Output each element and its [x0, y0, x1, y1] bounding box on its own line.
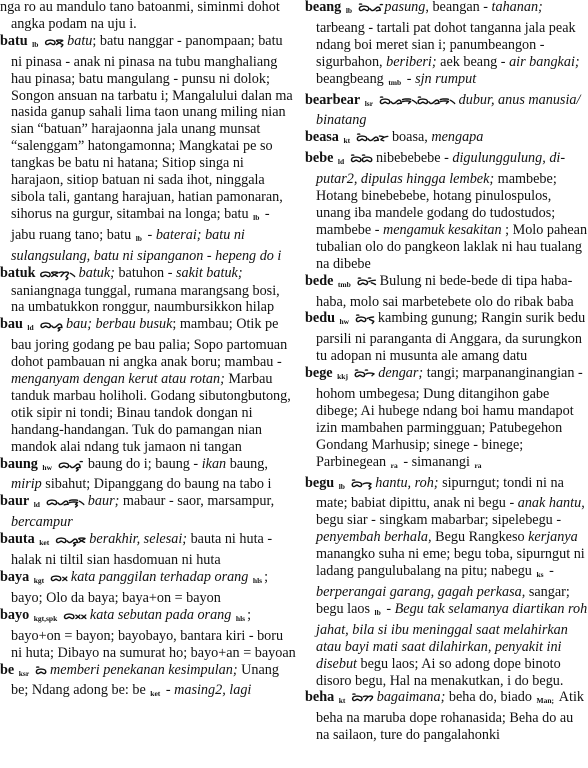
dictionary-entry: beang lbᯅᯩᯀᯰpasung, beangan - tahanan; t… [305, 0, 588, 92]
definition-italic: sakit batuk; [176, 265, 243, 281]
entry-headword: begu [305, 475, 334, 491]
entry-headword: bau [0, 316, 23, 332]
batak-script-glyph: ᯅᯩᯀᯒ᯲ᯅᯩᯀᯒ᯲ [379, 94, 455, 107]
entry-headword: batu [0, 33, 28, 49]
definition-text: nibebebebe - [376, 150, 452, 166]
entry-headword: bauta [0, 531, 35, 547]
definition-italic: penyembah berhala, [316, 529, 432, 545]
batak-script-glyph: ᯅᯩᯑᯩ [357, 275, 376, 288]
entry-headword: baur [0, 493, 29, 509]
entry-headword: bedu [305, 310, 335, 326]
dictionary-entry: batu lbᯅᯖᯮbatu; batu nanggar - panompaan… [0, 33, 296, 265]
inline-label: hls [236, 614, 245, 623]
entry-region-label: ld [34, 500, 40, 509]
entry-headword: baya [0, 569, 29, 585]
entry-headword: bebe [305, 150, 333, 166]
batak-script-glyph: ᯅᯩ [35, 664, 46, 677]
left-column: nga ro au mandulo tano batoanmi, siminmi… [0, 0, 296, 703]
batak-script-glyph: ᯅᯬ [50, 571, 67, 584]
definition-text: beangbeang [316, 71, 387, 87]
right-column: beang lbᯅᯩᯀᯰpasung, beangan - tahanan; t… [305, 0, 588, 744]
definition-italic: hepeng do i [215, 248, 281, 264]
entry-region-label: lb [32, 40, 38, 49]
definition-italic: bau; berbau busuk [66, 316, 172, 332]
entry-region-label: ld [27, 323, 33, 332]
definition-italic: batuk; [79, 265, 115, 281]
entry-region-label: kgt,spk [34, 614, 58, 623]
batak-script-glyph: ᯅᯀᯮᯒ᯲ [46, 495, 84, 508]
definition-text: , beangan - [425, 0, 491, 15]
dictionary-entry: bearbear lsrᯅᯩᯀᯒ᯲ᯅᯩᯀᯒ᯲dubur, anus manusi… [305, 92, 588, 130]
entry-region-label: hw [340, 317, 350, 326]
dictionary-entry: nga ro au mandulo tano batoanmi, siminmi… [0, 0, 296, 33]
entry-headword: be [0, 662, 14, 678]
definition-text: Begu Rangkeso [432, 529, 529, 545]
inline-label: tmb [388, 78, 401, 87]
entry-headword: batuk [0, 265, 36, 281]
dictionary-entry: bede tmbᯅᯩᯑᯩBulung ni bede-bede di tipa … [305, 273, 588, 311]
dictionary-entry: bedu hwᯅᯩᯑᯮkambing gunung; Rangin surik … [305, 310, 588, 365]
batak-script-glyph: ᯅᯖᯮ [44, 35, 63, 48]
definition-text: saniangnaga tunggal, rumana marangsang b… [11, 283, 280, 316]
definition-text: - [203, 248, 215, 264]
definition-italic: memberi penekanan kesimpulan; [50, 662, 238, 678]
entry-region-label: lsr [365, 99, 373, 108]
definition-italic: pasung [384, 0, 425, 15]
batak-script-glyph: ᯅᯀᯮᯖ [55, 533, 85, 546]
dictionary-entry: bebe ldᯅᯩᯅᯩnibebebebe - digulunggulung, … [305, 150, 588, 272]
dictionary-entry: beasa ktᯅᯩᯀᯘboasa, mengapa [305, 129, 588, 150]
definition-text: manangko suha ni eme; begu toba, sipurng… [316, 546, 585, 579]
entry-headword: beasa [305, 129, 339, 145]
dictionary-entry: batukᯅᯖᯮᯂ᯲batuk; batuhon - sakit batuk; … [0, 265, 296, 317]
definition-italic: mengapa [431, 129, 483, 145]
entry-region-label: ksr [19, 669, 29, 678]
definition-text: batuhon - [115, 265, 176, 281]
batak-script-glyph: ᯅᯩᯀᯰ [358, 1, 380, 14]
definition-text: - [383, 601, 395, 617]
inline-label: ra [391, 461, 398, 470]
entry-region-label: kkj [337, 372, 348, 381]
definition-text: - [162, 682, 174, 698]
dictionary-entry: begu lbᯅᯩᯎᯮhantu, roh; sipurngut; tondi … [305, 475, 588, 690]
definition-text: Bulung ni bede-bede di tipa haba-haba, m… [316, 273, 574, 310]
definition-text: ; batu nanggar - panompaan; batu ni pina… [11, 33, 293, 222]
inline-label: lb [253, 213, 259, 222]
definition-text: sibahut; Dipanggang do baung na tabo i [42, 476, 272, 492]
batak-script-glyph: ᯅᯩᯂ [351, 691, 372, 704]
batak-script-glyph: ᯅᯖᯮᯂ᯲ [40, 267, 75, 280]
inline-label: ks [536, 570, 543, 579]
entry-headword: beha [305, 689, 334, 705]
entry-region-label: ket [39, 538, 49, 547]
batak-script-glyph: ᯅᯩᯀᯘ [356, 131, 388, 144]
dictionary-entry: baung hwᯅᯀᯮᯰ baung do i; baung - ikan ba… [0, 456, 296, 494]
definition-text: mabaur - saor, marsampur, [119, 493, 274, 509]
definition-italic: kata sebutan pada orang [90, 607, 235, 623]
dictionary-entry: baya kgtᯅᯬkata panggilan terhadap orang … [0, 569, 296, 607]
entry-region-label: kt [339, 696, 346, 705]
definition-italic: hantu, roh; [375, 475, 438, 491]
definition-italic: mengamuk kesakitan [383, 222, 502, 238]
entry-headword: bearbear [305, 92, 360, 108]
entry-region-label: kt [343, 136, 350, 145]
definition-italic: mirip [11, 476, 42, 492]
batak-script-glyph: ᯅᯩᯎᯩ [354, 367, 374, 380]
definition-text: baung, [226, 456, 268, 472]
definition-text: beha do, biado [445, 689, 535, 705]
definition-italic: batu [67, 33, 92, 49]
entry-headword: beang [305, 0, 341, 15]
definition-italic: air bangkai; [509, 54, 580, 70]
dictionary-entry: bauta ketᯅᯀᯮᯖberakhir, selesai; bauta ni… [0, 531, 296, 569]
entry-headword: bayo [0, 607, 29, 623]
inline-label: lb [136, 234, 142, 243]
entry-headword: bede [305, 273, 333, 289]
dictionary-entry: beha ktᯅᯩᯂbagaimana; beha do, biado Man;… [305, 689, 588, 744]
definition-text: aek beang - [437, 54, 509, 70]
dictionary-entry: bayo kgt,spkᯅᯬᯬkata sebutan pada orang h… [0, 607, 296, 662]
definition-italic: berperangai garang, gagah perkasa, [316, 584, 525, 600]
inline-label: hls [253, 576, 262, 585]
batak-script-glyph: ᯅᯩᯅᯩ [350, 152, 372, 165]
definition-italic: ikan [202, 456, 226, 472]
batak-script-glyph: ᯅᯀᯮ [40, 318, 62, 331]
definition-italic: bercampur [11, 514, 73, 530]
definition-italic: anak hantu [518, 495, 581, 511]
definition-italic: baur; [88, 493, 120, 509]
definition-text: - simanangi [400, 454, 474, 470]
entry-region-label: ld [338, 157, 344, 166]
entry-region-label: hw [42, 463, 52, 472]
definition-italic: menganyam dengan kerut atau rotan; [11, 371, 225, 387]
dictionary-entry: be ksrᯅᯩmemberi penekanan kesimpulan; Un… [0, 662, 296, 704]
dictionary-entry: bau ldᯅᯀᯮbau; berbau busuk; mambau; Otik… [0, 316, 296, 455]
definition-text: - [403, 71, 415, 87]
definition-italic: dengar; [378, 365, 423, 381]
inline-label: lb [375, 608, 381, 617]
entry-region-label: lb [346, 6, 352, 15]
definition-text: baung do i; baung - [84, 456, 201, 472]
definition-text: boasa, [392, 129, 431, 145]
inline-label: ra [474, 461, 481, 470]
definition-italic: berakhir, selesai; [89, 531, 187, 547]
dictionary-entry: bege kkjᯅᯩᯎᯩdengar; tangi; marpananginan… [305, 365, 588, 474]
definition-italic: beriberi; [386, 54, 436, 70]
definition-italic: tahanan; [492, 0, 543, 15]
definition-text: - [144, 227, 156, 243]
batak-script-glyph: ᯅᯩᯎᯮ [351, 477, 371, 490]
entry-region-label: tmb [338, 280, 351, 289]
definition-italic: kerjanya [528, 529, 578, 545]
entry-region-label: kgt [34, 576, 44, 585]
definition-text: - [546, 563, 554, 579]
inline-label: Man; [537, 696, 555, 705]
dictionary-entry: baur ldᯅᯀᯮᯒ᯲baur; mabaur - saor, marsamp… [0, 493, 296, 531]
entry-headword: baung [0, 456, 38, 472]
definition-italic: kata panggilan terhadap orang [71, 569, 252, 585]
definition-italic: bagaimana; [377, 689, 446, 705]
definition-italic: masing2, lagi [174, 682, 251, 698]
batak-script-glyph: ᯅᯬᯬ [63, 609, 86, 622]
entry-region-label: lb [339, 482, 345, 491]
definition-text: nga ro au mandulo tano batoanmi, siminmi… [0, 0, 280, 32]
definition-italic: sjn rumput [415, 71, 476, 87]
entry-headword: bege [305, 365, 333, 381]
batak-script-glyph: ᯅᯀᯮᯰ [58, 458, 80, 471]
dictionary-page: nga ro au mandulo tano batoanmi, siminmi… [0, 0, 588, 768]
batak-script-glyph: ᯅᯩᯑᯮ [355, 312, 374, 325]
inline-label: ket [150, 689, 160, 698]
